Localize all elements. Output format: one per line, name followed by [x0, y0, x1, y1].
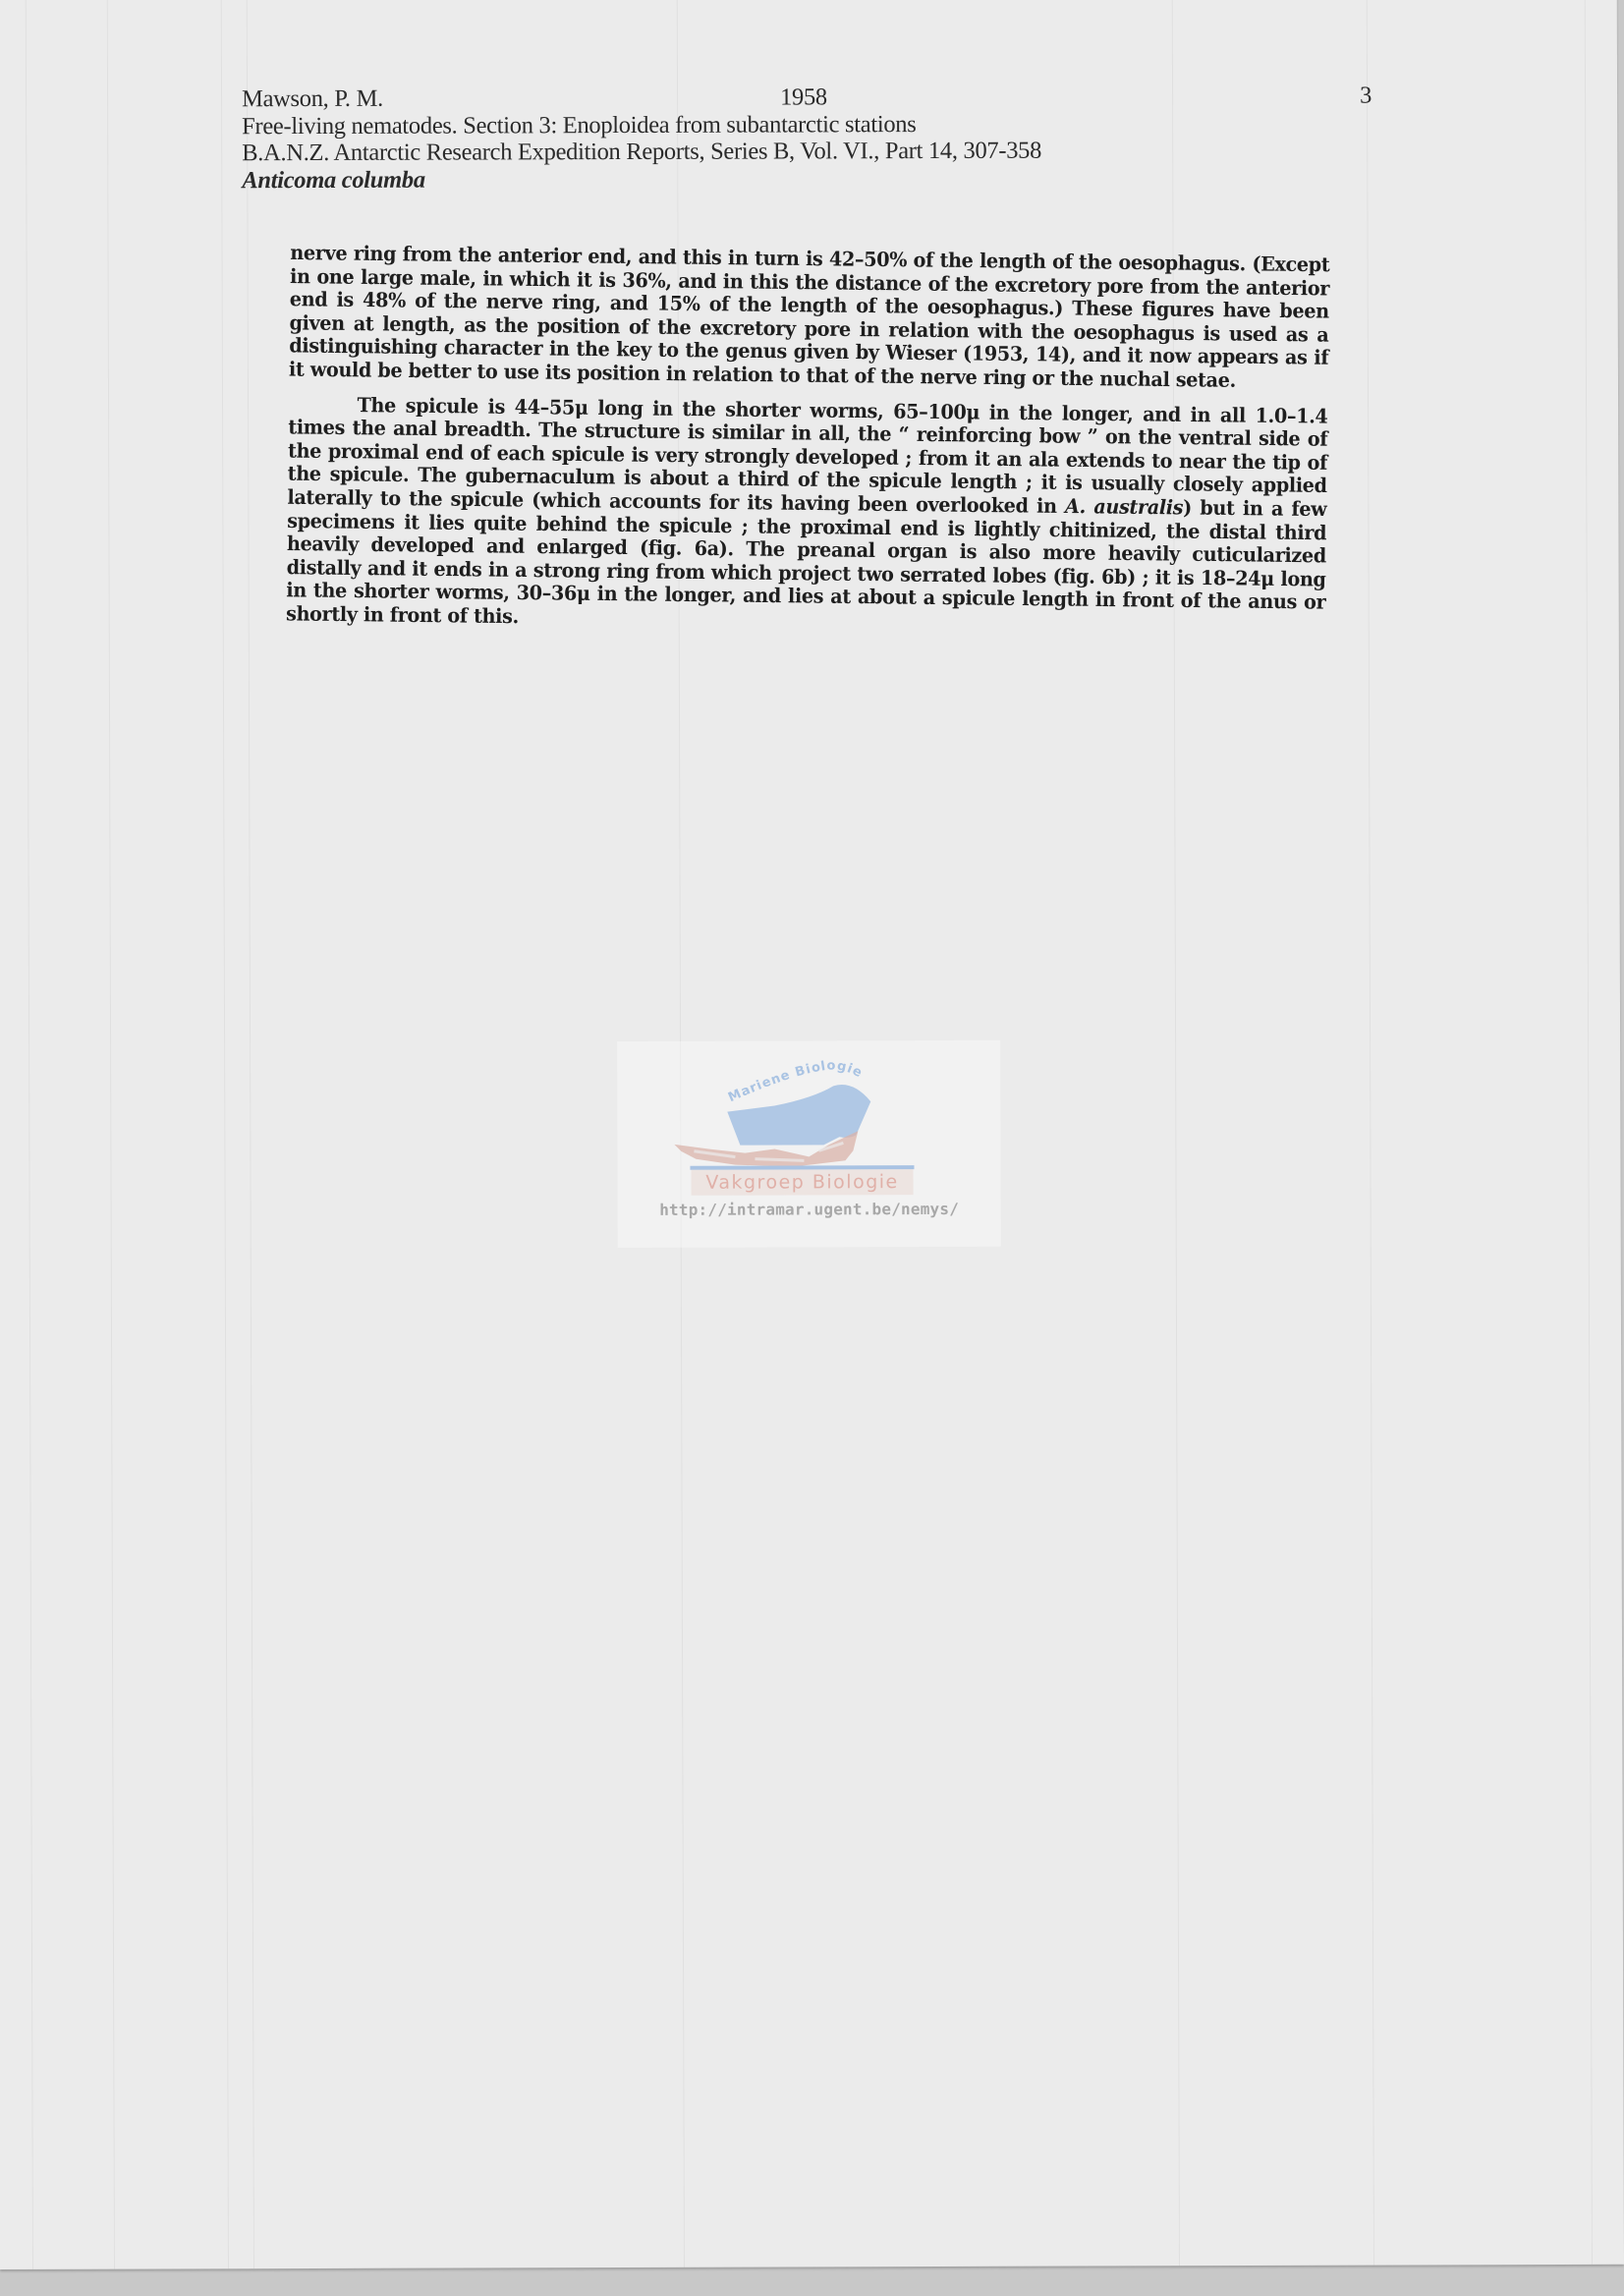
journal-citation: B.A.N.Z. Antarctic Research Expedition R…: [242, 137, 1391, 167]
scan-streak: [26, 0, 33, 2269]
species-name: Anticoma columba: [242, 163, 1391, 194]
department-label: Vakgroep Biologie: [691, 1169, 913, 1196]
body-text: nerve ring from the anterior end, and th…: [286, 242, 1330, 649]
watermark-logo: Mariene Biologie Vakgroep Biologie http:…: [617, 1040, 1001, 1248]
paragraph-spicule: The spicule is 44–55μ long in the shorte…: [286, 393, 1328, 639]
scan-streak: [247, 0, 254, 2268]
citation-header: Mawson, P. M. 1958 3 Free-living nematod…: [242, 83, 1391, 195]
page-number: 3: [1360, 83, 1372, 110]
publication-year: 1958: [780, 84, 827, 111]
species-reference: A. australis: [1065, 494, 1183, 520]
author-line: Mawson, P. M. 1958 3: [242, 83, 1391, 113]
scan-streak: [221, 0, 229, 2268]
scanned-page: Mawson, P. M. 1958 3 Free-living nematod…: [0, 0, 1624, 2269]
scan-streak: [1367, 0, 1374, 2266]
watermark-url: http://intramar.ugent.be/nemys/: [618, 1200, 1001, 1219]
scan-streak: [107, 0, 115, 2269]
scan-streak: [1585, 0, 1593, 2265]
paragraph-excretory-pore: nerve ring from the anterior end, and th…: [289, 242, 1330, 394]
author: Mawson, P. M.: [242, 85, 383, 112]
article-title: Free-living nematodes. Section 3: Enoplo…: [242, 109, 1391, 140]
